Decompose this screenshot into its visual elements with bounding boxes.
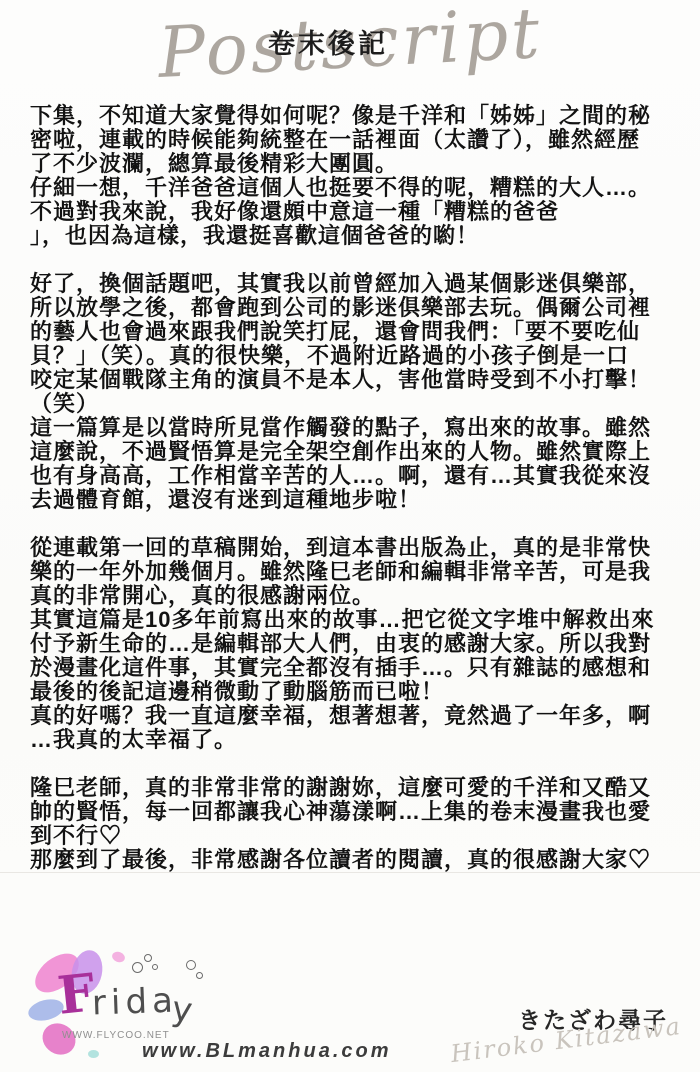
scanned-afterword-page: Postscript 卷末後記 下集，不知道大家覺得如何呢？像是千洋和「姊姊」之… [0, 0, 700, 1072]
paragraph-3: 從連載第一回的草稿開始，到這本書出版為止，真的是非常快 樂的一年外加幾個月。雖然… [30, 536, 685, 752]
logo-letters-rida: rida [91, 981, 178, 1024]
paragraph-2: 好了，換個話題吧，其實我以前曾經加入過某個影迷俱樂部， 所以放學之後，都會跑到公… [30, 272, 685, 512]
paragraph-4: 隆巳老師，真的非常非常的謝謝妳，這麼可愛的千洋和又酷又 帥的賢悟，每一回都讓我心… [30, 776, 685, 872]
scan-artifact-line [0, 872, 700, 873]
page-title: 卷末後記 [268, 22, 388, 61]
bubble-icon [196, 972, 203, 979]
blmanhua-url-text: www.BLmanhua.com [142, 1040, 392, 1063]
bubble-icon [132, 962, 143, 973]
logo-letter-y: y [169, 989, 194, 1031]
paragraph-1: 下集，不知道大家覺得如何呢？像是千洋和「姊姊」之間的秘 密啦，連載的時候能夠統整… [30, 104, 685, 248]
bubble-icon [152, 964, 158, 970]
afterword-text: 下集，不知道大家覺得如何呢？像是千洋和「姊姊」之間的秘 密啦，連載的時候能夠統整… [30, 104, 685, 896]
bubble-icon [144, 954, 152, 962]
bubble-icon [186, 960, 196, 970]
page-header: Postscript 卷末後記 [150, 0, 580, 105]
